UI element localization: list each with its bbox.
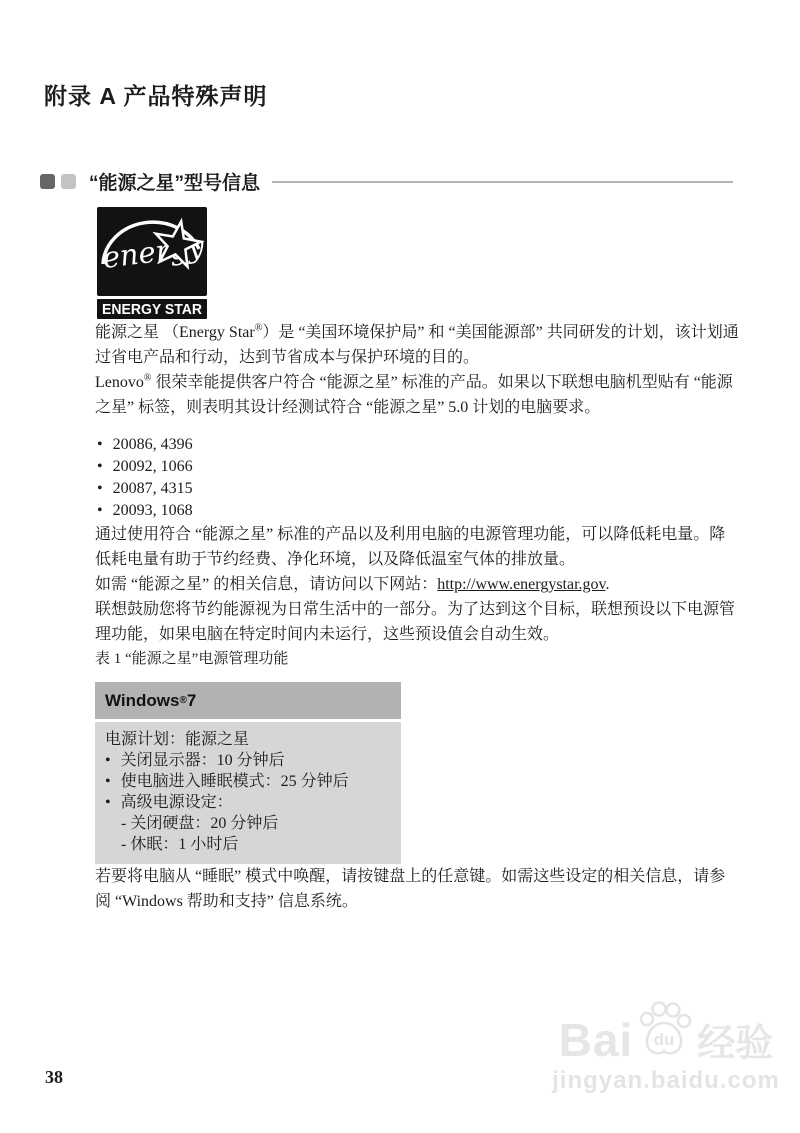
- watermark-logo-row: Bai du 经验: [548, 1012, 784, 1067]
- table-row: - 休眠：1 小时后: [105, 834, 391, 855]
- power-management-table: Windows® 7 电源计划：能源之星 •关闭显示器：10 分钟后 •使电脑进…: [95, 682, 401, 864]
- page-number: 38: [45, 1067, 63, 1088]
- bullet-icon: •: [97, 456, 103, 478]
- list-item: •20086, 4396: [97, 434, 740, 456]
- energy-star-logo-icon: energy ENERGY STAR: [97, 207, 207, 319]
- bullet-icon: •: [97, 500, 103, 522]
- model-number: 20086, 4396: [113, 434, 193, 456]
- bullet-icon: •: [105, 750, 111, 771]
- paragraph-energy-star-intro: 能源之星 （Energy Star®）是 “美国环境保护局” 和 “美国能源部”…: [95, 320, 740, 370]
- row-text: 关闭显示器：10 分钟后: [121, 750, 285, 771]
- paragraph-lenovo: Lenovo® 很荣幸能提供客户符合 “能源之星” 标准的产品。如果以下联想电脑…: [95, 370, 740, 420]
- list-item: •20092, 1066: [97, 456, 740, 478]
- model-number: 20092, 1066: [113, 456, 193, 478]
- table-row: - 关闭硬盘：20 分钟后: [105, 813, 391, 834]
- bullet-icon: •: [97, 434, 103, 456]
- bullet-icon: •: [105, 771, 111, 792]
- energystar-website-link[interactable]: http://www.energystar.gov: [437, 576, 605, 593]
- bullet-icon: •: [105, 792, 111, 813]
- row-text: - 休眠：1 小时后: [121, 834, 238, 855]
- row-text: 使电脑进入睡眠模式：25 分钟后: [121, 771, 349, 792]
- table-body: 电源计划：能源之星 •关闭显示器：10 分钟后 •使电脑进入睡眠模式：25 分钟…: [95, 722, 401, 864]
- model-number-list: •20086, 4396 •20092, 1066 •20087, 4315 •…: [97, 434, 740, 522]
- table-row: •使电脑进入睡眠模式：25 分钟后: [105, 771, 391, 792]
- paragraph-lenovo-encourage: 联想鼓励您将节约能源视为日常生活中的一部分。为了达到这个目标，联想预设以下电源管…: [95, 597, 740, 647]
- table-row: •高级电源设定：: [105, 792, 391, 813]
- table-row: •关闭显示器：10 分钟后: [105, 750, 391, 771]
- paw-print-icon: du: [635, 997, 693, 1064]
- body-content: 能源之星 （Energy Star®）是 “美国环境保护局” 和 “美国能源部”…: [95, 320, 740, 914]
- document-page: 附录 A 产品特殊声明 “能源之星”型号信息 energy ENERGY STA…: [0, 0, 800, 1133]
- watermark-du-text: du: [654, 1030, 675, 1049]
- list-item: •20093, 1068: [97, 500, 740, 522]
- paragraph-wake-from-sleep: 若要将电脑从 “睡眠” 模式中唤醒，请按键盘上的任意键。如需这些设定的相关信息，…: [95, 864, 740, 914]
- table-header-windows7: Windows® 7: [95, 682, 401, 719]
- table-caption: 表 1 “能源之星”电源管理功能: [95, 647, 740, 672]
- table-row: 电源计划：能源之星: [105, 729, 391, 750]
- bullet-icon: •: [97, 478, 103, 500]
- energy-star-logo: energy ENERGY STAR: [97, 207, 207, 319]
- model-number: 20093, 1068: [113, 500, 193, 522]
- square-bullet-dark-icon: [40, 174, 55, 189]
- section-rule-line: [272, 181, 733, 183]
- model-number: 20087, 4315: [113, 478, 193, 500]
- energy-star-band-text: ENERGY STAR: [102, 301, 202, 318]
- row-text: - 关闭硬盘：20 分钟后: [121, 813, 278, 834]
- paragraph-website: 如需 “能源之星” 的相关信息，请访问以下网站：http://www.energ…: [95, 572, 740, 597]
- section-heading: “能源之星”型号信息: [89, 168, 260, 195]
- page-title: 附录 A 产品特殊声明: [44, 78, 268, 111]
- paragraph-power-saving: 通过使用符合 “能源之星” 标准的产品以及利用电脑的电源管理功能，可以降低耗电量…: [95, 522, 740, 572]
- watermark-url: jingyan.baidu.com: [548, 1067, 784, 1095]
- row-text: 电源计划：能源之星: [105, 729, 249, 750]
- square-bullet-light-icon: [61, 174, 76, 189]
- list-item: •20087, 4315: [97, 478, 740, 500]
- baidu-jingyan-watermark: Bai du 经验 jingyan.baidu.com: [548, 1012, 784, 1095]
- watermark-bai-text: Bai: [559, 1013, 634, 1067]
- watermark-jingyan-text: 经验: [697, 1012, 773, 1067]
- row-text: 高级电源设定：: [121, 792, 233, 813]
- section-header: “能源之星”型号信息: [40, 168, 733, 195]
